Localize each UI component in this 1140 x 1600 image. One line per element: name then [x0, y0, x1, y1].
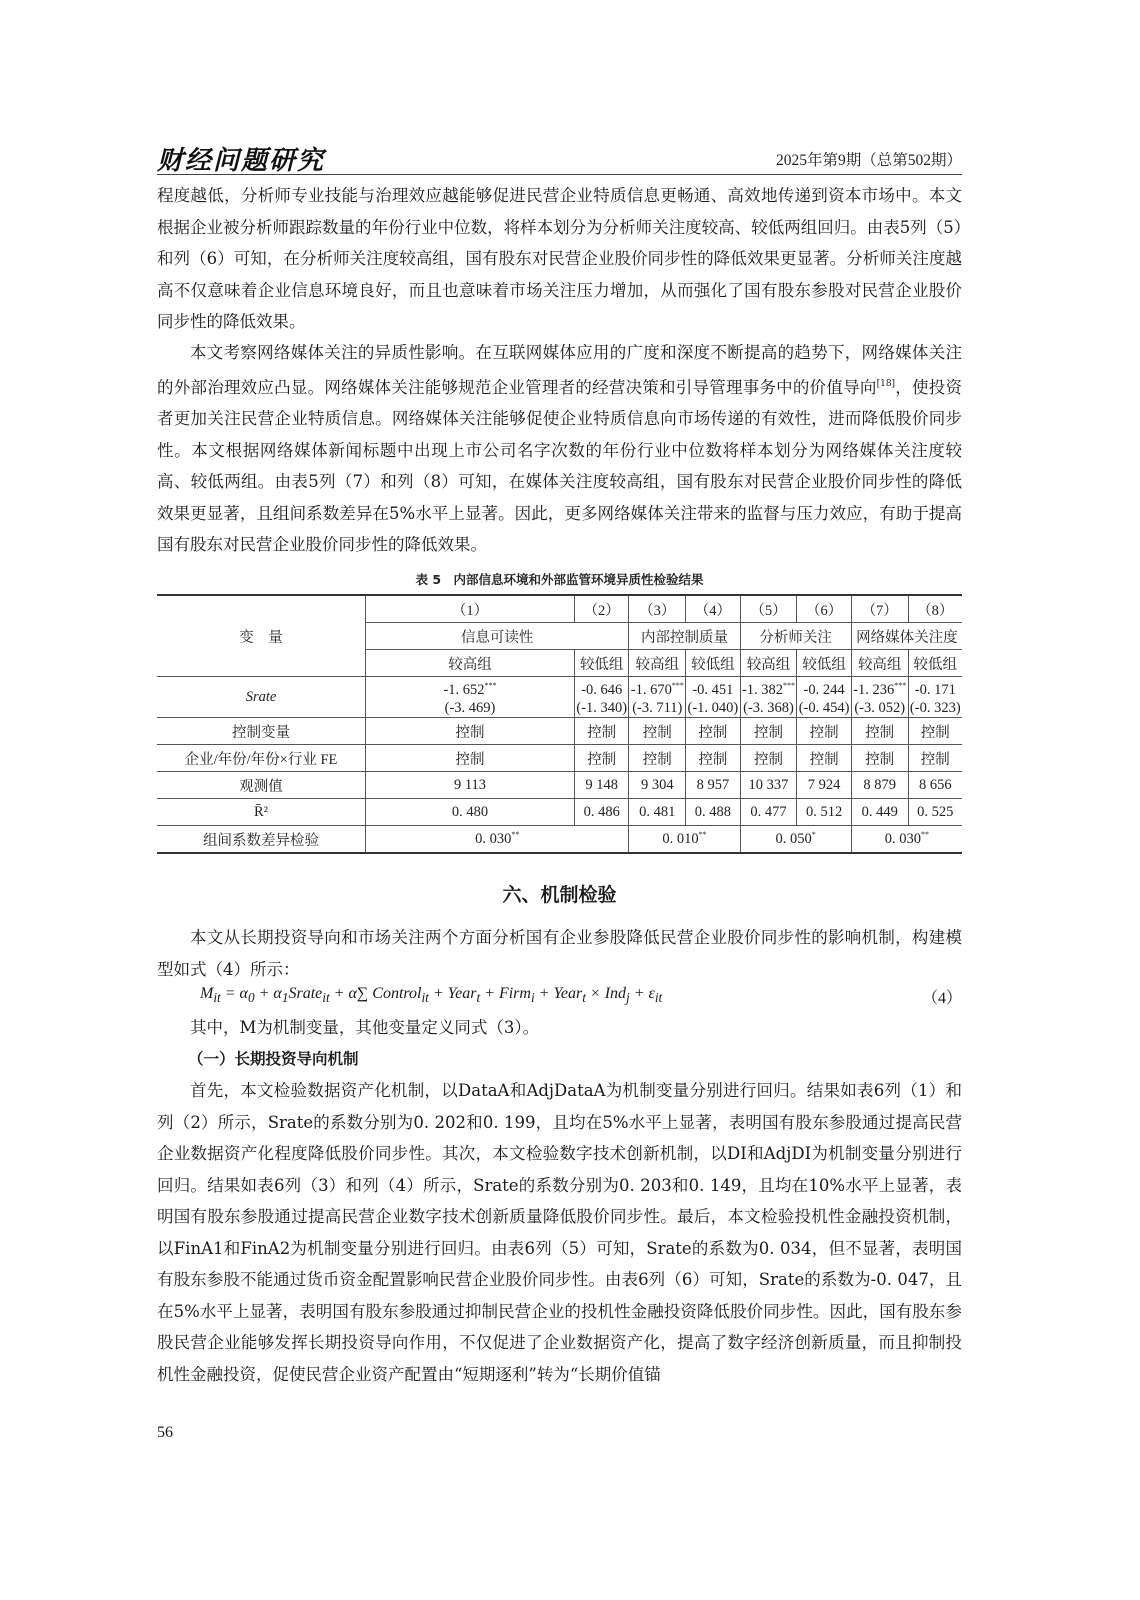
table-row-fe: 企业/年份/年份×行业 FE 控制 控制 控制 控制 控制 控制 控制 控制 — [157, 745, 962, 772]
row-label-observations: 观测值 — [157, 772, 366, 799]
table-cell: 控制 — [629, 745, 686, 772]
subgroup-header: 较低组 — [908, 650, 962, 677]
paragraph-text: 本文从长期投资导向和市场关注两个方面分析国有企业参股降低民营企业股价同步性的影响… — [157, 922, 962, 985]
row-label-srate: Srate — [157, 677, 366, 718]
coef-value: -1. 670 — [631, 682, 672, 698]
table-cell: 0. 030** — [366, 826, 629, 854]
equation-body: Mit = α0 + α1Srateit + α∑ Controlit + Ye… — [200, 985, 662, 1002]
issue-info: 2025年第9期（总第502期） — [776, 148, 962, 170]
table-title: 表 5 内部信息环境和外部监管环境异质性检验结果 — [157, 570, 962, 588]
group-header: 信息可读性 — [366, 623, 629, 650]
coef-value: -0. 171 — [915, 682, 956, 698]
col-number: （5） — [740, 595, 797, 623]
col-number: （8） — [908, 595, 962, 623]
significance-stars: ** — [699, 830, 707, 839]
coef-value: -0. 451 — [692, 682, 733, 698]
table-cell: 0. 488 — [686, 799, 740, 826]
page-header: 财经问题研究 2025年第9期（总第502期） — [157, 138, 962, 175]
table-cell: 8 957 — [686, 772, 740, 799]
coef-value: -1. 236 — [853, 682, 894, 698]
table-cell: 0. 477 — [740, 799, 797, 826]
paragraph-part: 本文考察网络媒体关注的异质性影响。在互联网媒体应用的广度和深度不断提高的趋势下，… — [157, 343, 962, 397]
col-number: （4） — [686, 595, 740, 623]
subgroup-header: 较低组 — [797, 650, 851, 677]
table-cell: 控制 — [740, 718, 797, 745]
table-cell: 9 113 — [366, 772, 575, 799]
citation-ref[interactable]: [18] — [877, 379, 895, 389]
t-stat: (-3. 368) — [743, 700, 794, 716]
group-header: 内部控制质量 — [629, 623, 740, 650]
row-label-diff-test: 组间系数差异检验 — [157, 826, 366, 854]
table-cell: 控制 — [366, 745, 575, 772]
t-stat: (-1. 340) — [576, 700, 627, 716]
significance-stars: *** — [485, 681, 497, 690]
row-label-r2: R̄² — [157, 799, 366, 826]
page-number: 56 — [157, 1424, 173, 1442]
subgroup-header: 较低组 — [575, 650, 629, 677]
subgroup-header: 较高组 — [366, 650, 575, 677]
results-table: 变 量 （1） （2） （3） （4） （5） （6） （7） （8） 信息可读… — [157, 594, 962, 854]
col-number: （7） — [851, 595, 908, 623]
equation-number: （4） — [922, 985, 962, 1008]
table-cell: 控制 — [575, 745, 629, 772]
paragraph-part: ，使投资者更加关注民营企业特质信息。网络媒体关注能够促使企业特质信息向市场传递的… — [157, 378, 962, 555]
table-cell: 控制 — [629, 718, 686, 745]
coef-value: -0. 244 — [804, 682, 845, 698]
t-stat: (-0. 454) — [799, 700, 850, 716]
table-cell: 7 924 — [797, 772, 851, 799]
t-stat: (-3. 052) — [854, 700, 905, 716]
table-cell: 8 879 — [851, 772, 908, 799]
diff-value: 0. 030 — [475, 831, 511, 847]
table-cell: 控制 — [686, 718, 740, 745]
significance-stars: ** — [921, 830, 929, 839]
coef-value: -0. 646 — [581, 682, 622, 698]
table-cell: 9 304 — [629, 772, 686, 799]
table-row-observations: 观测值 9 113 9 148 9 304 8 957 10 337 7 924… — [157, 772, 962, 799]
diff-value: 0. 050 — [776, 831, 812, 847]
paragraph-text: 其中，M为机制变量，其他变量定义同式（3）。 — [157, 1012, 962, 1044]
subgroup-header: 较高组 — [629, 650, 686, 677]
table-cell: 控制 — [797, 718, 851, 745]
paragraph-text: 首先，本文检验数据资产化机制，以DataA和AdjDataA为机制变量分别进行回… — [157, 1075, 962, 1390]
table-row-diff-test: 组间系数差异检验 0. 030** 0. 010** 0. 050* 0. 03… — [157, 826, 962, 854]
table-cell: 0. 486 — [575, 799, 629, 826]
coef-cell: -0. 646(-1. 340) — [575, 677, 629, 718]
section-title: 六、机制检验 — [157, 880, 962, 907]
group-header: 网络媒体关注度 — [851, 623, 962, 650]
table-cell: 9 148 — [575, 772, 629, 799]
table-cell: 控制 — [686, 745, 740, 772]
table-cell: 控制 — [851, 745, 908, 772]
table-cell: 0. 481 — [629, 799, 686, 826]
table-row-col-numbers: 变 量 （1） （2） （3） （4） （5） （6） （7） （8） — [157, 595, 962, 623]
body-paragraph-analyst: 程度越低，分析师专业技能与治理效应越能够促进民营企业特质信息更畅通、高效地传递到… — [157, 180, 962, 338]
t-stat: (-0. 323) — [910, 700, 961, 716]
subgroup-header: 较高组 — [851, 650, 908, 677]
coef-cell: -1. 382***(-3. 368) — [740, 677, 797, 718]
section-intro: 本文从长期投资导向和市场关注两个方面分析国有企业参股降低民营企业股价同步性的影响… — [157, 922, 962, 985]
row-label-controls: 控制变量 — [157, 718, 366, 745]
table-cell: 控制 — [851, 718, 908, 745]
significance-stars: * — [812, 830, 816, 839]
row-label-fe: 企业/年份/年份×行业 FE — [157, 745, 366, 772]
table-cell: 控制 — [575, 718, 629, 745]
table-cell: 0. 030** — [851, 826, 962, 854]
significance-stars: *** — [783, 681, 795, 690]
table-row-r2: R̄² 0. 480 0. 486 0. 481 0. 488 0. 477 0… — [157, 799, 962, 826]
journal-logo: 财经问题研究 — [157, 140, 325, 177]
table-cell: 0. 525 — [908, 799, 962, 826]
t-stat: (-1. 040) — [688, 700, 739, 716]
table-cell: 控制 — [740, 745, 797, 772]
table-cell: 0. 010** — [629, 826, 740, 854]
subgroup-header: 较高组 — [740, 650, 797, 677]
coef-value: -1. 382 — [742, 682, 783, 698]
coef-cell: -1. 236***(-3. 052) — [851, 677, 908, 718]
section-body: 其中，M为机制变量，其他变量定义同式（3）。 （一）长期投资导向机制 首先，本文… — [157, 1012, 962, 1390]
table-row-srate: Srate -1. 652***(-3. 469) -0. 646(-1. 34… — [157, 677, 962, 718]
table-cell: 0. 480 — [366, 799, 575, 826]
subsection-title: （一）长期投资导向机制 — [157, 1044, 962, 1076]
coef-cell: -0. 451(-1. 040) — [686, 677, 740, 718]
table-cell: 控制 — [366, 718, 575, 745]
table-cell: 控制 — [797, 745, 851, 772]
subgroup-header: 较低组 — [686, 650, 740, 677]
diff-value: 0. 030 — [885, 831, 921, 847]
table-cell: 0. 050* — [740, 826, 851, 854]
paragraph-text: 本文考察网络媒体关注的异质性影响。在互联网媒体应用的广度和深度不断提高的趋势下，… — [157, 337, 962, 561]
coef-cell: -1. 670***(-3. 711) — [629, 677, 686, 718]
col-number: （6） — [797, 595, 851, 623]
significance-stars: ** — [511, 830, 519, 839]
t-stat: (-3. 711) — [632, 700, 682, 716]
table-cell: 10 337 — [740, 772, 797, 799]
col-number: （2） — [575, 595, 629, 623]
table-cell: 0. 449 — [851, 799, 908, 826]
t-stat: (-3. 469) — [445, 700, 496, 716]
group-header: 分析师关注 — [740, 623, 851, 650]
equation-4: Mit = α0 + α1Srateit + α∑ Controlit + Ye… — [200, 985, 962, 1006]
table-cell: 0. 512 — [797, 799, 851, 826]
body-paragraph-media: 本文考察网络媒体关注的异质性影响。在互联网媒体应用的广度和深度不断提高的趋势下，… — [157, 337, 962, 561]
variable-header: 变 量 — [157, 595, 366, 677]
paragraph-text: 程度越低，分析师专业技能与治理效应越能够促进民营企业特质信息更畅通、高效地传递到… — [157, 180, 962, 338]
table-row-controls: 控制变量 控制 控制 控制 控制 控制 控制 控制 控制 — [157, 718, 962, 745]
significance-stars: *** — [672, 681, 684, 690]
coef-cell: -0. 171(-0. 323) — [908, 677, 962, 718]
coef-cell: -0. 244(-0. 454) — [797, 677, 851, 718]
significance-stars: *** — [894, 681, 906, 690]
table-cell: 控制 — [908, 745, 962, 772]
coef-value: -1. 652 — [443, 682, 484, 698]
table-cell: 控制 — [908, 718, 962, 745]
coef-cell: -1. 652***(-3. 469) — [366, 677, 575, 718]
col-number: （1） — [366, 595, 575, 623]
table-cell: 8 656 — [908, 772, 962, 799]
diff-value: 0. 010 — [662, 831, 698, 847]
col-number: （3） — [629, 595, 686, 623]
